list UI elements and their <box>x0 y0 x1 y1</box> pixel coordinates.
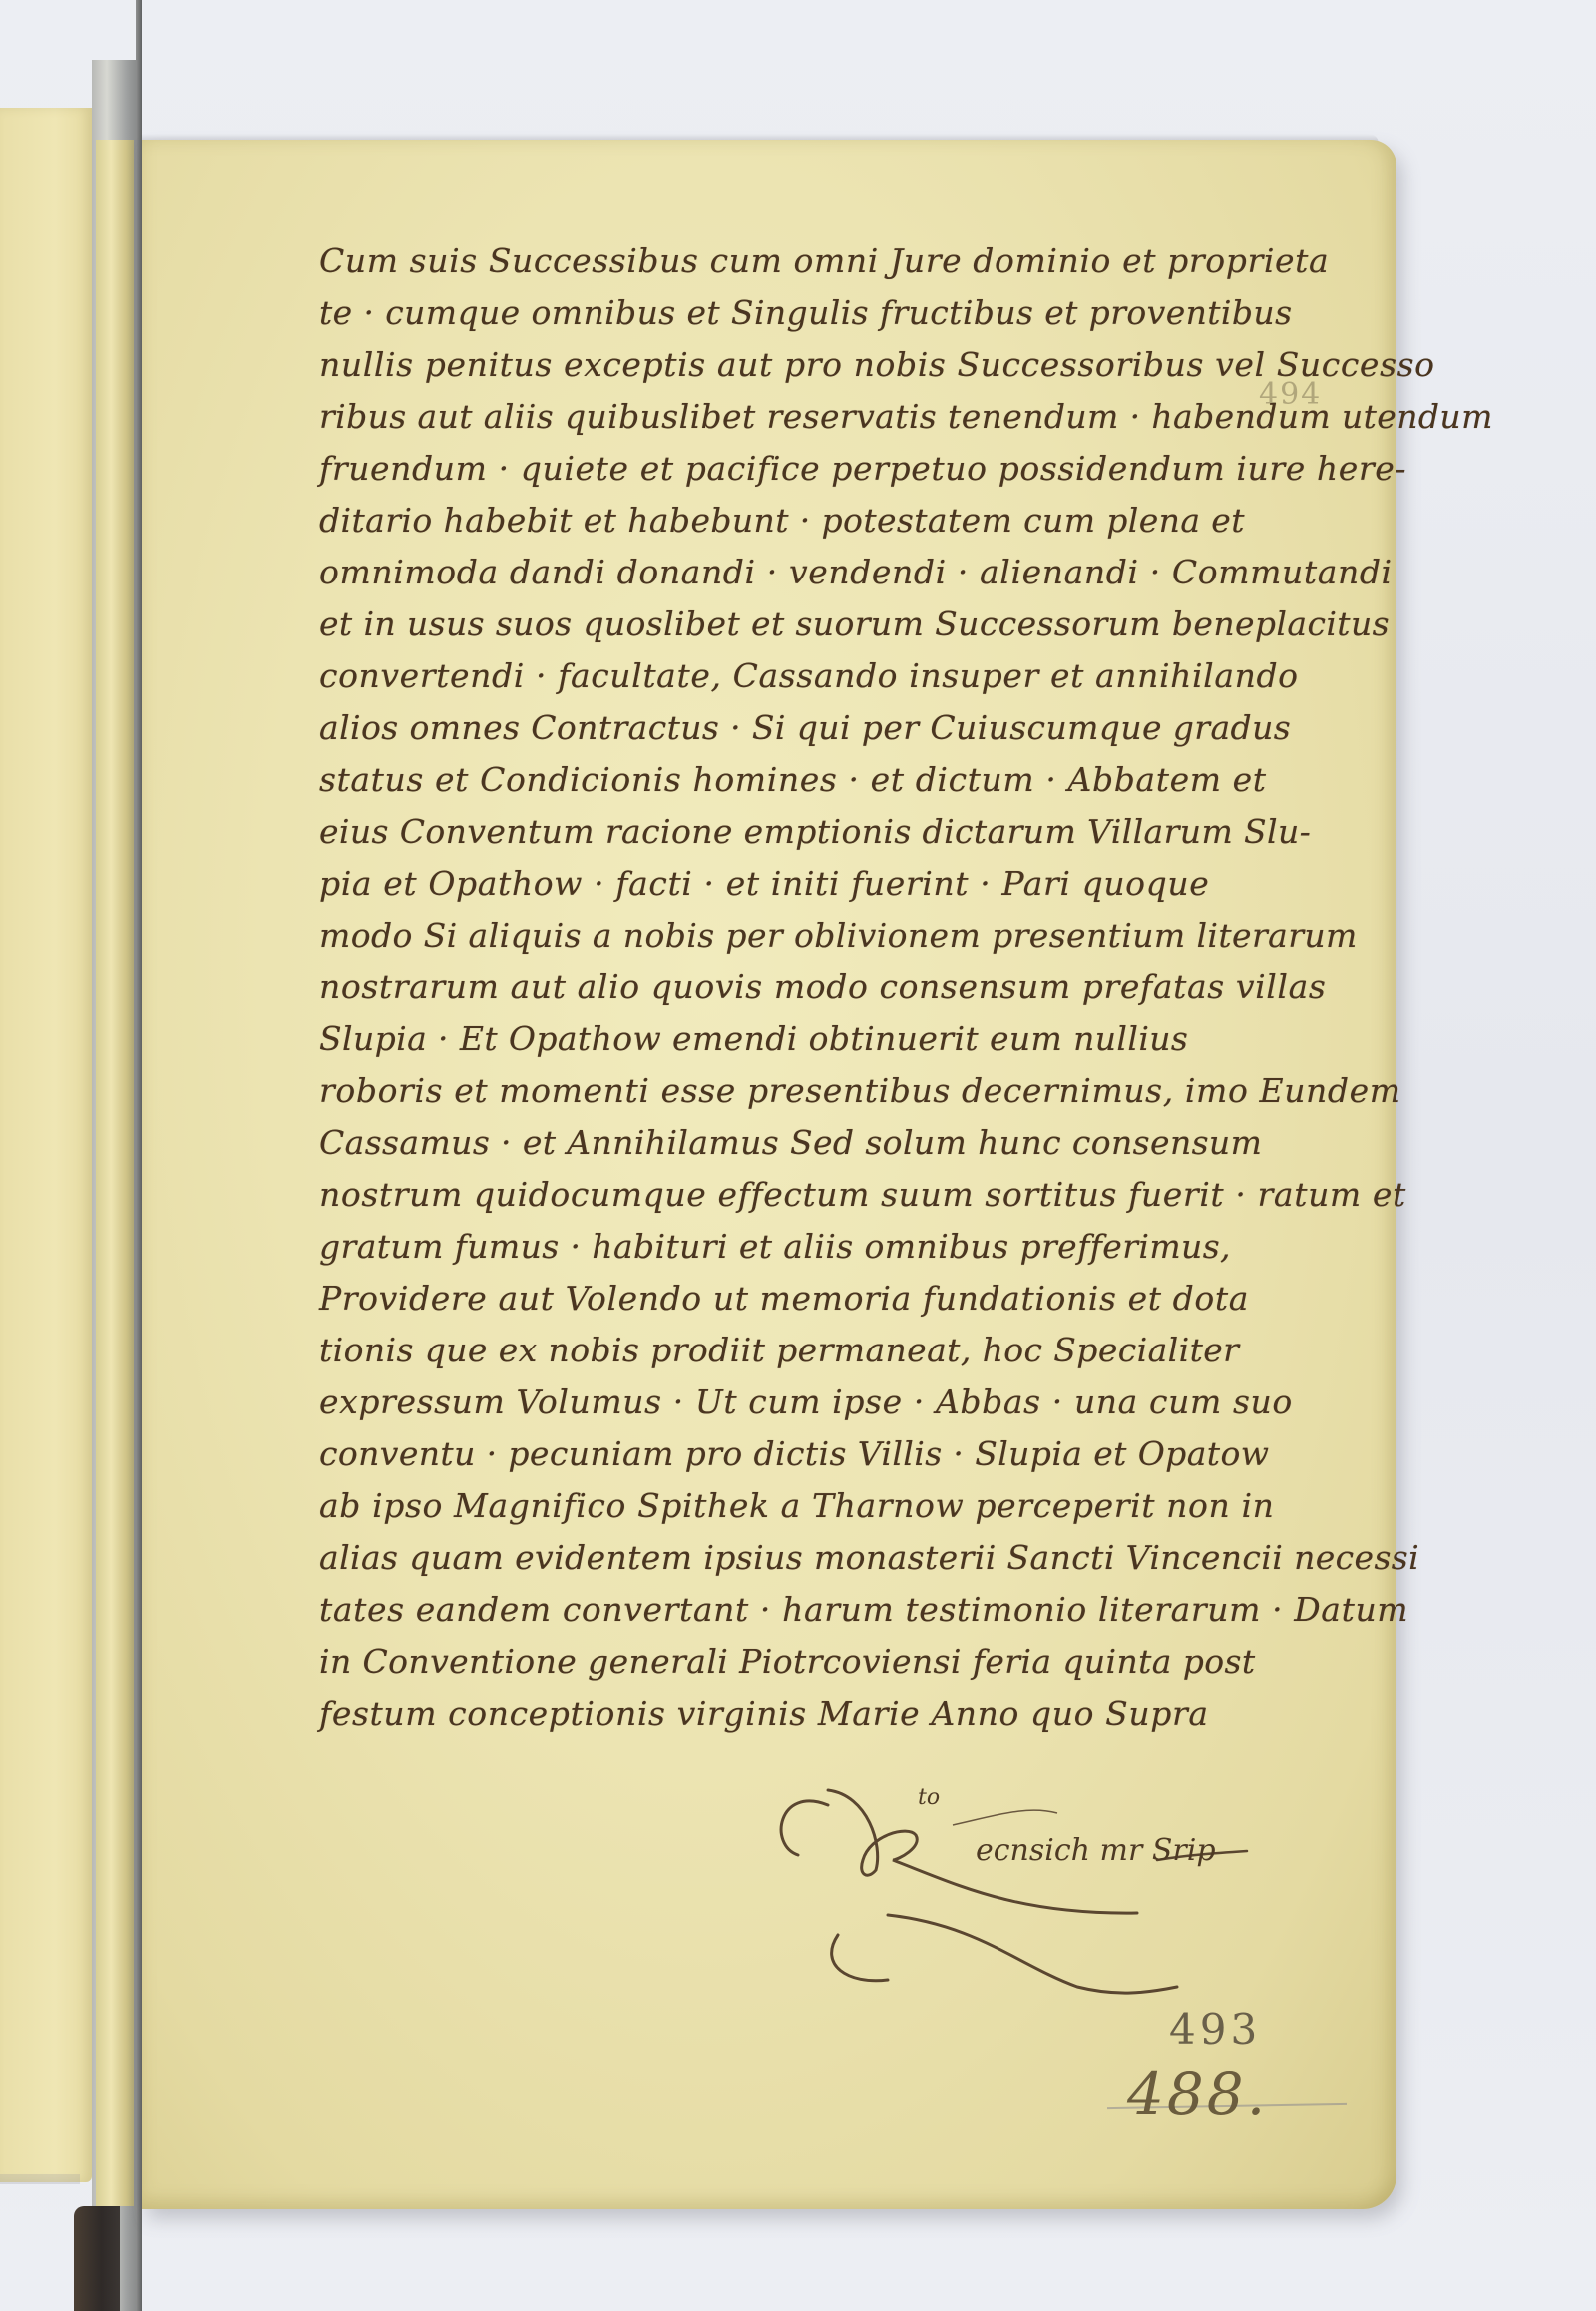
text-line: expressum Volumus · Ut cum ipse · Abbas … <box>319 1376 1207 1428</box>
text-line: Cassamus · et Annihilamus Sed solum hunc… <box>319 1117 1207 1169</box>
text-line: tates eandem convertant · harum testimon… <box>319 1584 1207 1636</box>
text-line: tionis que ex nobis prodiit permaneat, h… <box>319 1325 1207 1376</box>
text-line: status et Condicionis homines · et dictu… <box>319 754 1207 806</box>
text-line: ab ipso Magnifico Spithek a Tharnow perc… <box>319 1480 1207 1532</box>
text-line: Slupia · Et Opathow emendi obtinuerit eu… <box>319 1013 1207 1065</box>
binding-leather <box>74 2206 120 2311</box>
text-line: festum conceptionis virginis Marie Anno … <box>319 1688 1207 1739</box>
text-line: nullis penitus exceptis aut pro nobis Su… <box>319 339 1207 391</box>
facing-page-shadow <box>0 2174 80 2184</box>
signature-flourish: to ecnsich mr Srip <box>758 1765 1277 2005</box>
text-line: alios omnes Contractus · Si qui per Cuiu… <box>319 702 1207 754</box>
text-line: alias quam evidentem ipsius monasterii S… <box>319 1532 1207 1584</box>
text-line: in Conventione generali Piotrcoviensi fe… <box>319 1636 1207 1688</box>
text-line: conventu · pecuniam pro dictis Villis · … <box>319 1428 1207 1480</box>
text-line: nostrarum aut alio quovis modo consensum… <box>319 962 1207 1013</box>
folio-number-upper: 493 <box>1169 2005 1261 2054</box>
text-line: et in usus suos quoslibet et suorum Succ… <box>319 598 1207 650</box>
text-line: pia et Opathow · facti · et initi fuerin… <box>319 858 1207 910</box>
signature-text: ecnsich mr Srip <box>976 1833 1216 1868</box>
text-line: ribus aut aliis quibuslibet reservatis t… <box>319 391 1207 443</box>
text-line: ditario habebit et habebunt · potestatem… <box>319 495 1207 547</box>
facing-page-left <box>0 108 92 2182</box>
text-line: eius Conventum racione emptionis dictaru… <box>319 806 1207 858</box>
signature-flourish-icon <box>758 1765 1277 2005</box>
folio-number-lower: 488. <box>1127 2060 1268 2127</box>
text-line: gratum fumus · habituri et aliis omnibus… <box>319 1221 1207 1273</box>
text-line: convertendi · facultate, Cassando insupe… <box>319 650 1207 702</box>
text-line: Cum suis Successibus cum omni Jure domin… <box>319 235 1207 287</box>
text-line: roboris et momenti esse presentibus dece… <box>319 1065 1207 1117</box>
text-line: nostrum quidocumque effectum suum sortit… <box>319 1169 1207 1221</box>
manuscript-text: Cum suis Successibus cum omni Jure domin… <box>319 235 1207 1739</box>
text-line: fruendum · quiete et pacifice perpetuo p… <box>319 443 1207 495</box>
text-line: te · cumque omnibus et Singulis fructibu… <box>319 287 1207 339</box>
gutter-paper-strip <box>96 140 134 2206</box>
text-line: omnimoda dandi donandi · vendendi · alie… <box>319 547 1207 598</box>
signature-superscript: to <box>918 1785 940 1810</box>
text-line: Providere aut Volendo ut memoria fundati… <box>319 1273 1207 1325</box>
text-line: modo Si aliquis a nobis per oblivionem p… <box>319 910 1207 962</box>
